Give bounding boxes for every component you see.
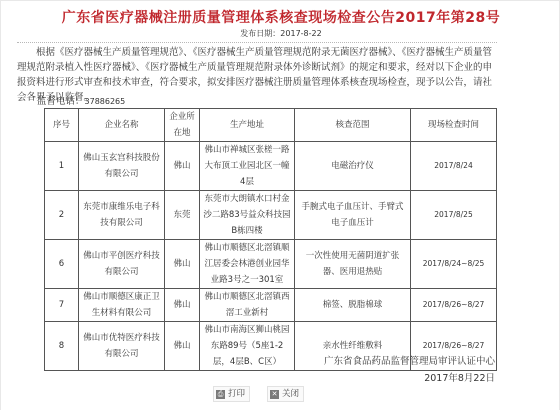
cell-seq: 6 [45, 240, 79, 289]
cell-location: 佛山 [165, 142, 200, 191]
cell-address: 佛山市顺德区北滘镇西滘工业新村 [200, 289, 295, 322]
cell-scope: 棉签、脱脂棉球 [295, 289, 411, 322]
publish-date: 发布日期：2017-8-22 [1, 28, 560, 39]
supervision-phone: 监督电话：37886265 [37, 93, 125, 107]
cell-scope: 手腕式电子血压计、手臂式电子血压计 [295, 191, 411, 240]
cell-seq: 8 [45, 322, 79, 371]
publish-date-label: 发布日期： [240, 29, 280, 38]
cell-time: 2017/8/24~8/25 [411, 240, 497, 289]
signature-date: 2017年8月22日 [424, 370, 495, 384]
announcement-page: 广东省医疗器械注册质量管理体系核查现场检查公告2017年第28号 发布日期：20… [0, 0, 560, 410]
header-scope: 核查范围 [295, 109, 411, 142]
cell-scope: 一次性使用无菌阴道扩张器、医用退热贴 [295, 240, 411, 289]
cell-seq: 2 [45, 191, 79, 240]
header-company: 企业名称 [79, 109, 165, 142]
cell-company: 东莞市康维乐电子科技有限公司 [79, 191, 165, 240]
header-seq: 序号 [45, 109, 79, 142]
cell-company: 佛山玉玄宫科技股份有限公司 [79, 142, 165, 191]
cell-location: 东莞 [165, 191, 200, 240]
cell-address: 佛山市南海区狮山桃园东路89号（5座1-2层，4层B、C区） [200, 322, 295, 371]
page-title: 广东省医疗器械注册质量管理体系核查现场检查公告2017年第28号 [1, 7, 560, 27]
header-location: 企业所在地 [165, 109, 200, 142]
phone-label: 监督电话： [37, 96, 85, 107]
cell-address: 佛山市顺德区北滘镇顺江居委会林港创业园华业路3号之一301室 [200, 240, 295, 289]
cell-address: 东莞市大朗镇水口村金沙二路83号益众科技园B栋四楼 [200, 191, 295, 240]
phone-number: 37886265 [85, 97, 126, 106]
cell-scope: 电磁治疗仪 [295, 142, 411, 191]
publish-date-value: 2017-8-22 [280, 29, 321, 38]
header-time: 现场检查时间 [411, 109, 497, 142]
table-row: 6 佛山市平创医疗科技有限公司 佛山 佛山市顺德区北滘镇顺江居委会林港创业园华业… [45, 240, 497, 289]
table-row: 1 佛山玉玄宫科技股份有限公司 佛山 佛山市禅城区张槎一路大布顶工业园北区一幢4… [45, 142, 497, 191]
cell-company: 佛山市顺德区康正卫生材料有限公司 [79, 289, 165, 322]
inspection-table: 序号 企业名称 企业所在地 生产地址 核查范围 现场检查时间 1 佛山玉玄宫科技… [44, 108, 497, 371]
print-label: 打印 [228, 387, 245, 401]
close-icon: ✕ [270, 390, 279, 399]
cell-location: 佛山 [165, 322, 200, 371]
cell-seq: 7 [45, 289, 79, 322]
close-label: 关闭 [282, 387, 299, 401]
print-icon: ⎙ [216, 390, 225, 399]
cell-time: 2017/8/24 [411, 142, 497, 191]
cell-location: 佛山 [165, 289, 200, 322]
cell-company: 佛山市优特医疗科技有限公司 [79, 322, 165, 371]
cell-location: 佛山 [165, 240, 200, 289]
cell-time: 2017/8/25 [411, 191, 497, 240]
table-header-row: 序号 企业名称 企业所在地 生产地址 核查范围 现场检查时间 [45, 109, 497, 142]
cell-company: 佛山市平创医疗科技有限公司 [79, 240, 165, 289]
header-address: 生产地址 [200, 109, 295, 142]
table-row: 7 佛山市顺德区康正卫生材料有限公司 佛山 佛山市顺德区北滘镇西滘工业新村 棉签… [45, 289, 497, 322]
cell-address: 佛山市禅城区张槎一路大布顶工业园北区一幢4层 [200, 142, 295, 191]
cell-time: 2017/8/26~8/27 [411, 289, 497, 322]
cell-seq: 1 [45, 142, 79, 191]
print-button[interactable]: ⎙ 打印 [213, 386, 250, 402]
table-row: 2 东莞市康维乐电子科技有限公司 东莞 东莞市大朗镇水口村金沙二路83号益众科技… [45, 191, 497, 240]
issuing-organization: 广东省食品药品监督管理局审评认证中心 [324, 353, 495, 367]
dotted-divider [17, 42, 497, 43]
close-button[interactable]: ✕ 关闭 [267, 386, 304, 402]
